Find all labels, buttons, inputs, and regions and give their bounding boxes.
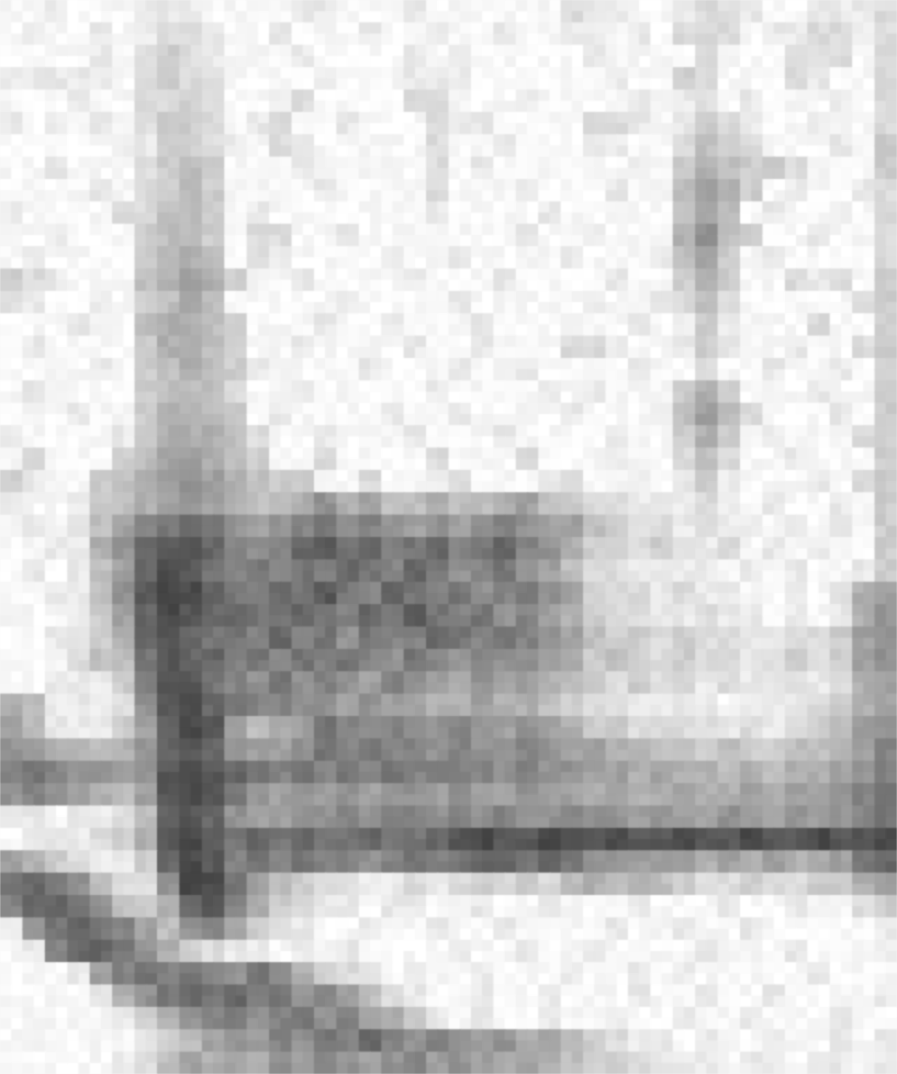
photo-viewport bbox=[0, 0, 897, 1074]
winter-landscape-image bbox=[0, 0, 897, 1074]
